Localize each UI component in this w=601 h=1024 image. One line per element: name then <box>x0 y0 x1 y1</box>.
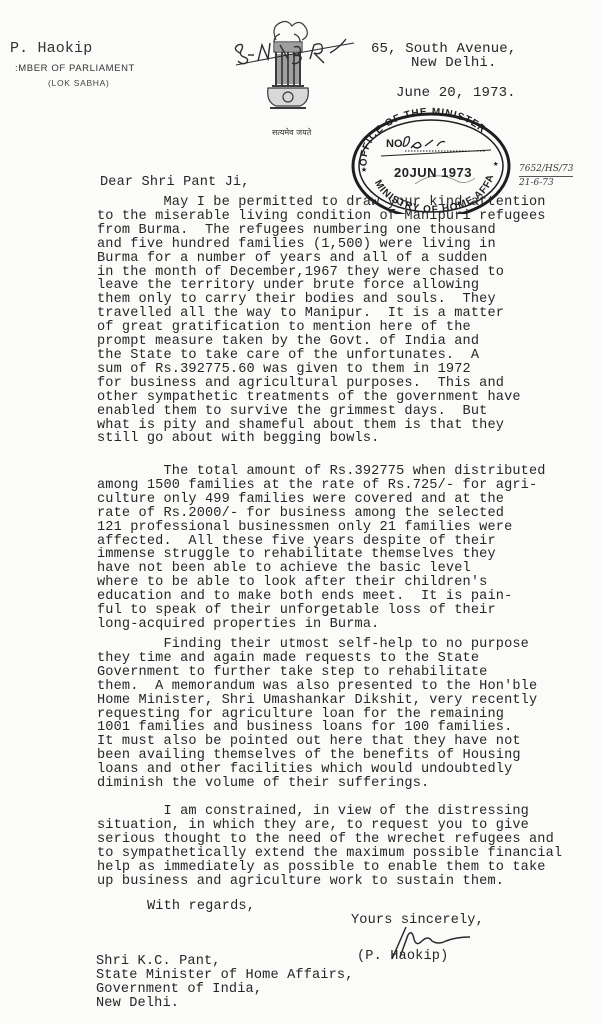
paragraph-line: from Burma. The refugees numbering one t… <box>97 224 546 238</box>
paragraph-line: been availing themselves of the benefits… <box>97 749 537 763</box>
paragraph-4: I am constrained, in view of the distres… <box>97 805 562 888</box>
paragraph-line: 1001 families and business loans for 100… <box>97 721 537 735</box>
stamp-date: 20JUN 1973 <box>394 165 472 180</box>
paragraph-line: still go about with begging bowls. <box>97 432 546 446</box>
sender-address-line2: New Delhi. <box>411 57 497 71</box>
salutation: Dear Shri Pant Ji, <box>100 176 250 190</box>
sender-title: :MBER OF PARLIAMENT <box>15 63 135 74</box>
margin-note-line2: 21-6-73 <box>519 177 573 189</box>
sender-name: P. Haokip <box>10 42 92 56</box>
margin-note-line1: 7652/HS/73 <box>519 163 573 177</box>
paragraph-line: rate of Rs.2000/- for business among the… <box>97 507 546 521</box>
paragraph-line: the State to take care of the unfortunat… <box>97 349 546 363</box>
paragraph-line: The total amount of Rs.392775 when distr… <box>97 465 546 479</box>
paragraph-line: Government to further take step to rehab… <box>97 666 537 680</box>
letter-date: June 20, 1973. <box>396 87 516 101</box>
paragraph-line: culture only 499 families were covered a… <box>97 493 546 507</box>
paragraph-line: Finding their utmost self-help to no pur… <box>97 638 537 652</box>
paragraph-line: where to be able to look after their chi… <box>97 576 546 590</box>
paragraph-line: Burma for a number of years and all of a… <box>97 252 546 266</box>
paragraph-line: in the month of December,1967 they were … <box>97 266 546 280</box>
paragraph-3: Finding their utmost self-help to no pur… <box>97 638 537 791</box>
paragraph-line: for business and agricultural purposes. … <box>97 377 546 391</box>
recipient-line: Shri K.C. Pant, <box>96 955 221 969</box>
paragraph-line: I am constrained, in view of the distres… <box>97 805 562 819</box>
paragraph-line: leave the territory under brute force al… <box>97 279 546 293</box>
paragraph-line: immense struggle to rehabilitate themsel… <box>97 548 546 562</box>
recipient-line: New Delhi. <box>96 997 179 1011</box>
paragraph-line: them only to carry their bodies and soul… <box>97 293 546 307</box>
paragraph-line: travelled all the way to Manipur. It is … <box>97 307 546 321</box>
paragraph-line: enabled them to survive the grimmest day… <box>97 405 546 419</box>
paragraph-line: Home Minister, Shri Umashankar Dikshit, … <box>97 694 537 708</box>
paragraph-line: requesting for agriculture loan for the … <box>97 708 537 722</box>
paragraph-line: prompt measure taken by the Govt. of Ind… <box>97 335 546 349</box>
stamp-number-label: NO. <box>386 138 406 150</box>
paragraph-1: May I be permitted to draw your kind att… <box>97 196 546 446</box>
paragraph-2: The total amount of Rs.392775 when distr… <box>97 465 546 632</box>
paragraph-line: sum of Rs.392775.60 was given to them in… <box>97 363 546 377</box>
typed-signatory-name: (P. Haokip) <box>357 950 448 964</box>
paragraph-line: loans and other facilities which would u… <box>97 763 537 777</box>
closing: With regards, <box>147 900 255 914</box>
paragraph-line: long-acquired properties in Burma. <box>97 618 546 632</box>
paragraph-line: ful to speak of their unforgetable loss … <box>97 604 546 618</box>
handwritten-file-reference <box>230 35 360 75</box>
paragraph-line: to the miserable living condition of Man… <box>97 210 546 224</box>
paragraph-line: diminish the volume of their sufferings. <box>97 777 537 791</box>
paragraph-line: education and to make both ends meet. It… <box>97 590 546 604</box>
paragraph-line: May I be permitted to draw your kind att… <box>97 196 546 210</box>
svg-text:★: ★ <box>361 165 367 176</box>
svg-text:★: ★ <box>493 159 499 169</box>
paragraph-line: what is pity and shameful about them is … <box>97 419 546 433</box>
paragraph-line: have not been able to achieve the basic … <box>97 562 546 576</box>
paragraph-line: they time and again made requests to the… <box>97 652 537 666</box>
paragraph-line: them. A memorandum was also presented to… <box>97 680 537 694</box>
paragraph-line: other sympathetic treatments of the gove… <box>97 391 546 405</box>
paragraph-line: affected. All these five years despite o… <box>97 535 546 549</box>
margin-reference-note: 7652/HS/73 21-6-73 <box>519 163 573 189</box>
paragraph-line: up business and agriculture work to sust… <box>97 875 562 889</box>
recipient-line: Government of India, <box>96 983 262 997</box>
paragraph-line: to sympathetically extend the maximum po… <box>97 847 562 861</box>
paragraph-line: serious thought to the need of the wrech… <box>97 833 562 847</box>
paragraph-line: among 1500 families at the rate of Rs.72… <box>97 479 546 493</box>
paragraph-line: It must also be pointed out here that th… <box>97 735 537 749</box>
svg-text:OFFICE OF THE MINISTER: OFFICE OF THE MINISTER <box>359 107 489 167</box>
paragraph-line: situation, in which they are, to request… <box>97 819 562 833</box>
paragraph-line: 121 professional businessmen only 21 fam… <box>97 521 546 535</box>
paragraph-line: of great gratification to mention here o… <box>97 321 546 335</box>
sender-house: (LOK SABHA) <box>48 78 110 88</box>
stamp-top-text: OFFICE OF THE MINISTER <box>359 107 489 167</box>
recipient-line: State Minister of Home Affairs, <box>96 969 354 983</box>
emblem-motto: सत्यमेव जयते <box>272 127 311 138</box>
paragraph-line: help as immediately as possible to enabl… <box>97 861 562 875</box>
paragraph-line: and five hundred families (1,500) were l… <box>97 238 546 252</box>
